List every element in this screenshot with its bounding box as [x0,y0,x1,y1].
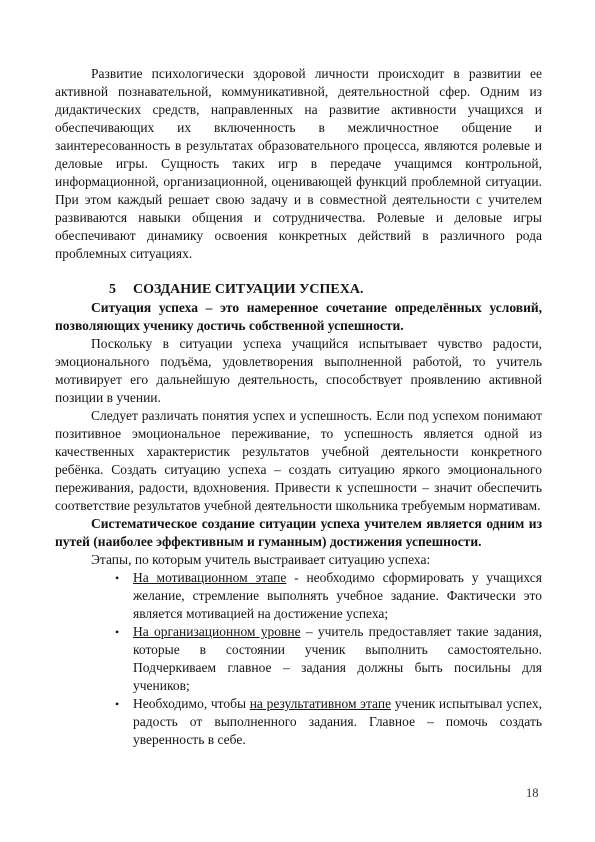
list-item-resultative-stage: •Необходимо, чтобы на результативном эта… [133,695,542,749]
paragraph-stages-intro: Этапы, по которым учитель выстраивает си… [55,551,542,569]
document-page: Развитие психологически здоровой личност… [0,0,595,842]
list-item-motivational-stage: •На мотивационном этапе - необходимо сфо… [133,569,542,623]
list-item-organizational-stage: •На организационном уровне – учитель пре… [133,623,542,695]
section-heading: 5СОЗДАНИЕ СИТУАЦИИ УСПЕХА. [55,281,542,299]
stage-text-underlined: На мотивационном этапе [133,570,286,585]
page-content: Развитие психологически здоровой личност… [55,65,542,749]
section-number: 5 [109,281,116,299]
stage-text-pre: Необходимо, чтобы [133,696,250,711]
bullet-icon: • [115,569,119,587]
paragraph-success-definition: Ситуация успеха – это намеренное сочетан… [55,299,542,335]
paragraph-motivation: Поскольку в ситуации успеха учащийся исп… [55,335,542,407]
section-title: СОЗДАНИЕ СИТУАЦИИ УСПЕХА. [133,282,363,297]
stage-text-underlined: на результативном этапе [250,696,391,711]
paragraph-systematic-creation: Систематическое создание ситуации успеха… [55,515,542,551]
bullet-icon: • [115,623,119,641]
bullet-icon: • [115,695,119,713]
page-number: 18 [526,786,539,801]
stage-text-underlined: На организационном уровне [133,624,301,639]
stages-list: •На мотивационном этапе - необходимо сфо… [55,569,542,749]
paragraph-success-distinction: Следует различать понятия успех и успешн… [55,407,542,515]
paragraph-role-games: Развитие психологически здоровой личност… [55,65,542,263]
